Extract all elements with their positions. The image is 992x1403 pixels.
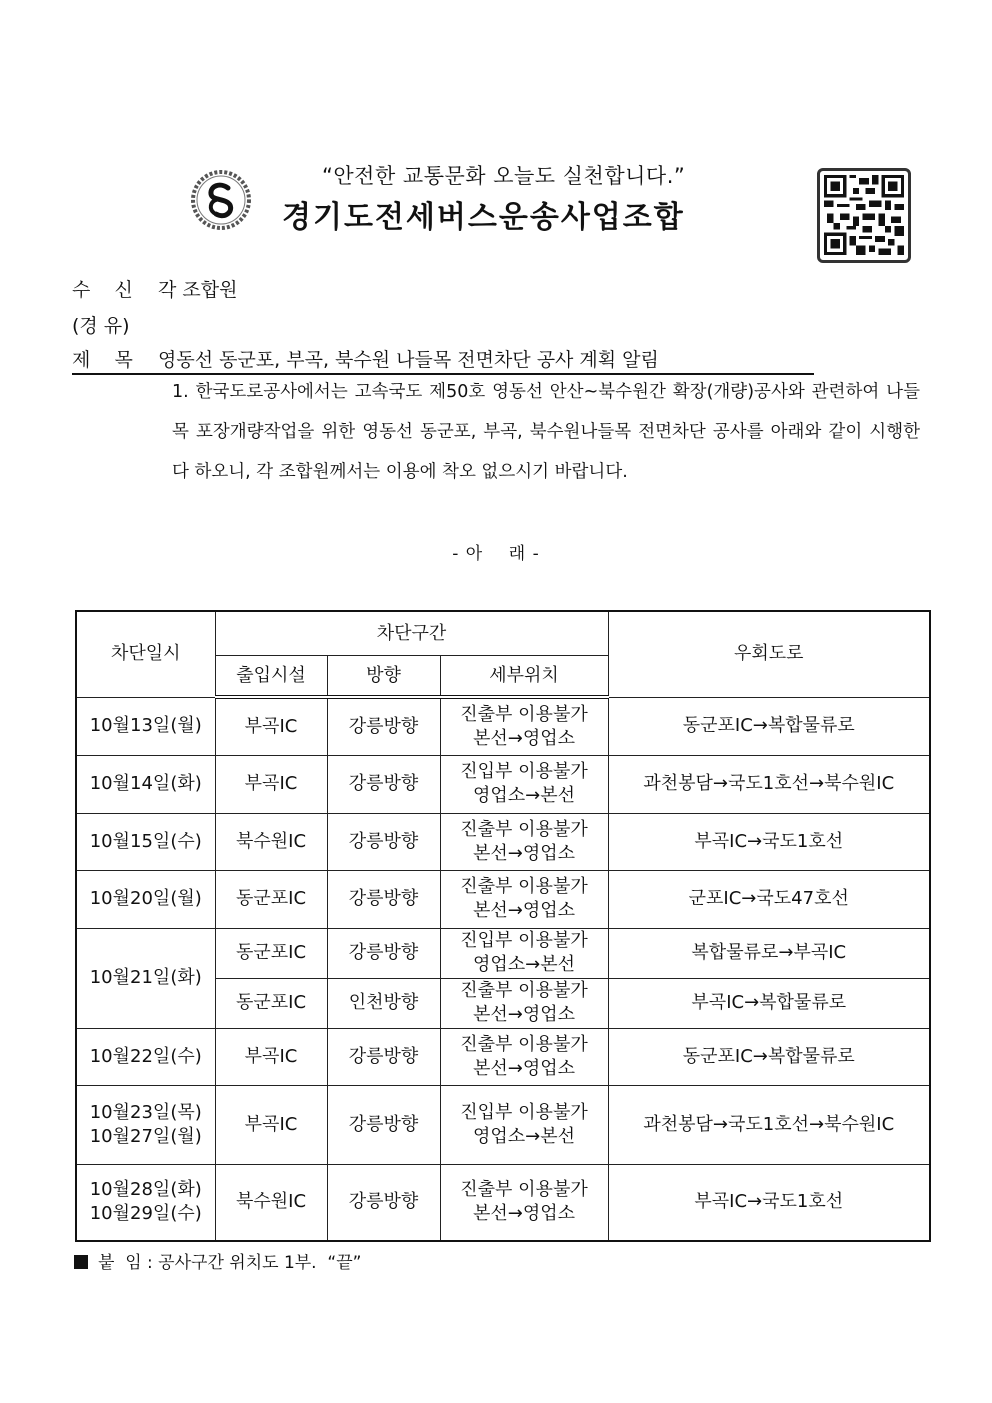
header-detour: 우회도로	[608, 611, 930, 697]
header-facility: 출입시설	[215, 656, 327, 698]
date-end: 10월29일(수)	[77, 1202, 215, 1226]
via-line: (경 유)	[72, 311, 130, 338]
date-cell: 10월23일(목)10월27일(월)	[76, 1085, 215, 1164]
detour-cell: 부곡IC→국도1호선	[608, 1164, 930, 1241]
section-marker: - 아 래 -	[0, 539, 992, 564]
header-detail: 세부위치	[440, 656, 608, 698]
table-row: 10월21일(화) 동군포IC 강릉방향 진입부 이용불가영업소→본선 복합물류…	[76, 928, 930, 978]
detour-cell: 과천봉담→국도1호선→북수원IC	[608, 1085, 930, 1164]
union-logo-icon	[190, 169, 252, 231]
facility-cell: 북수원IC	[215, 1164, 327, 1241]
direction-cell: 강릉방향	[327, 1164, 440, 1241]
table-row: 10월13일(월) 부곡IC 강릉방향 진출부 이용불가본선→영업소 동군포IC…	[76, 697, 930, 755]
body-paragraph: 1. 한국도로공사에서는 고속국도 제50호 영동선 안산~북수원간 확장(개량…	[72, 372, 920, 492]
facility-cell: 부곡IC	[215, 1085, 327, 1164]
facility-cell: 동군포IC	[215, 870, 327, 928]
direction-cell: 강릉방향	[327, 813, 440, 870]
detail-flow: 영업소→본선	[441, 1125, 608, 1149]
qr-code-icon	[817, 168, 911, 263]
paragraph-text: 1. 한국도로공사에서는 고속국도 제50호 영동선 안산~북수원간 확장(개량…	[72, 372, 920, 492]
facility-cell: 부곡IC	[215, 1028, 327, 1085]
detail-flow: 영업소→본선	[441, 953, 608, 977]
date-start: 10월23일(목)	[77, 1101, 215, 1125]
facility-cell: 동군포IC	[215, 928, 327, 978]
detour-cell: 군포IC→국도47호선	[608, 870, 930, 928]
attachment-text: 붙 임 : 공사구간 위치도 1부. “끝”	[98, 1253, 361, 1273]
date-cell: 10월21일(화)	[76, 928, 215, 1028]
subject-value: 영동선 동군포, 부곡, 북수원 나들목 전면차단 공사 계획 알림	[158, 349, 659, 371]
detail-cell: 진입부 이용불가영업소→본선	[440, 755, 608, 813]
facility-cell: 부곡IC	[215, 697, 327, 755]
detour-cell: 부곡IC→복합물류로	[608, 978, 930, 1028]
detail-flow: 본선→영업소	[441, 1057, 608, 1081]
direction-cell: 강릉방향	[327, 928, 440, 978]
detour-cell: 복합물류로→부곡IC	[608, 928, 930, 978]
detail-cell: 진출부 이용불가본선→영업소	[440, 1164, 608, 1241]
detail-flow: 본선→영업소	[441, 727, 608, 751]
detail-cell: 진출부 이용불가본선→영업소	[440, 978, 608, 1028]
detail-status: 진출부 이용불가	[441, 703, 608, 727]
date-cell: 10월20일(월)	[76, 870, 215, 928]
closure-schedule-table: 차단일시 차단구간 우회도로 출입시설 방향 세부위치 10월13일(월) 부곡…	[75, 610, 931, 1242]
direction-cell: 강릉방향	[327, 755, 440, 813]
organization-name: 경기도전세버스운송사업조합	[282, 192, 685, 236]
detail-flow: 본선→영업소	[441, 1202, 608, 1226]
detail-flow: 본선→영업소	[441, 899, 608, 923]
recipient-line: 수 신각 조합원	[72, 275, 237, 302]
detail-status: 진출부 이용불가	[441, 1033, 608, 1057]
recipient-label: 수 신	[72, 275, 158, 302]
table-row: 10월15일(수) 북수원IC 강릉방향 진출부 이용불가본선→영업소 부곡IC…	[76, 813, 930, 870]
date-cell: 10월15일(수)	[76, 813, 215, 870]
detail-cell: 진출부 이용불가본선→영업소	[440, 1028, 608, 1085]
detail-cell: 진입부 이용불가영업소→본선	[440, 1085, 608, 1164]
facility-cell: 부곡IC	[215, 755, 327, 813]
detail-status: 진출부 이용불가	[441, 1178, 608, 1202]
table-row: 10월22일(수) 부곡IC 강릉방향 진출부 이용불가본선→영업소 동군포IC…	[76, 1028, 930, 1085]
header-direction: 방향	[327, 656, 440, 698]
direction-cell: 강릉방향	[327, 870, 440, 928]
detail-status: 진출부 이용불가	[441, 818, 608, 842]
facility-cell: 동군포IC	[215, 978, 327, 1028]
square-bullet-icon	[74, 1255, 88, 1269]
detail-cell: 진입부 이용불가영업소→본선	[440, 928, 608, 978]
facility-cell: 북수원IC	[215, 813, 327, 870]
detail-status: 진출부 이용불가	[441, 979, 608, 1003]
date-cell: 10월14일(화)	[76, 755, 215, 813]
date-end: 10월27일(월)	[77, 1125, 215, 1149]
table-row: 10월28일(화)10월29일(수) 북수원IC 강릉방향 진출부 이용불가본선…	[76, 1164, 930, 1241]
detail-status: 진출부 이용불가	[441, 875, 608, 899]
header-date: 차단일시	[76, 611, 215, 697]
recipient-value: 각 조합원	[158, 279, 237, 301]
detour-cell: 동군포IC→복합물류로	[608, 697, 930, 755]
detail-status: 진입부 이용불가	[441, 760, 608, 784]
detail-cell: 진출부 이용불가본선→영업소	[440, 813, 608, 870]
detail-flow: 본선→영업소	[441, 842, 608, 866]
direction-cell: 인천방향	[327, 978, 440, 1028]
date-cell: 10월22일(수)	[76, 1028, 215, 1085]
direction-cell: 강릉방향	[327, 697, 440, 755]
detail-status: 진입부 이용불가	[441, 929, 608, 953]
table-row: 10월20일(월) 동군포IC 강릉방향 진출부 이용불가본선→영업소 군포IC…	[76, 870, 930, 928]
header-section: 차단구간	[215, 611, 608, 656]
subject-line: 제 목영동선 동군포, 부곡, 북수원 나들목 전면차단 공사 계획 알림	[72, 345, 814, 375]
detail-flow: 영업소→본선	[441, 784, 608, 808]
date-start: 10월28일(화)	[77, 1178, 215, 1202]
table-row: 10월23일(목)10월27일(월) 부곡IC 강릉방향 진입부 이용불가영업소…	[76, 1085, 930, 1164]
date-cell: 10월28일(화)10월29일(수)	[76, 1164, 215, 1241]
subject-label: 제 목	[72, 345, 158, 372]
slogan: “안전한 교통문화 오늘도 실천합니다.”	[322, 160, 685, 190]
detail-flow: 본선→영업소	[441, 1003, 608, 1027]
detour-cell: 동군포IC→복합물류로	[608, 1028, 930, 1085]
detour-cell: 과천봉담→국도1호선→북수원IC	[608, 755, 930, 813]
direction-cell: 강릉방향	[327, 1085, 440, 1164]
date-cell: 10월13일(월)	[76, 697, 215, 755]
direction-cell: 강릉방향	[327, 1028, 440, 1085]
detail-cell: 진출부 이용불가본선→영업소	[440, 697, 608, 755]
detour-cell: 부곡IC→국도1호선	[608, 813, 930, 870]
detail-status: 진입부 이용불가	[441, 1101, 608, 1125]
detail-cell: 진출부 이용불가본선→영업소	[440, 870, 608, 928]
attachment-line: 붙 임 : 공사구간 위치도 1부. “끝”	[74, 1248, 361, 1273]
table-row: 10월14일(화) 부곡IC 강릉방향 진입부 이용불가영업소→본선 과천봉담→…	[76, 755, 930, 813]
